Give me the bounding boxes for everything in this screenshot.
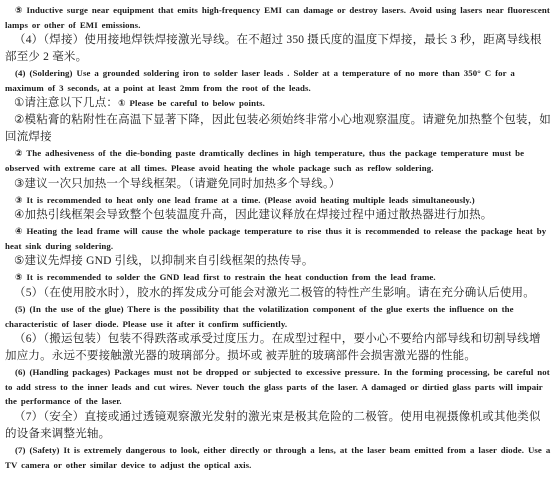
paragraph-11-zh: ⑤建议先焊接 GND 引线，以抑制来自引线框架的热传导。 (5, 253, 551, 270)
document-page: ⑤ Inductive surge near equipment that em… (0, 0, 557, 496)
paragraph-6-en: ② The adhesiveness of the die-bonding pa… (5, 146, 551, 175)
paragraph-10-en: ④ Heating the lead frame will cause the … (5, 224, 551, 253)
paragraph-13-zh: （5）（在使用胶水时），胶水的挥发成分可能会对激光二极管的特性产生影响。请在充分… (5, 285, 551, 302)
paragraph-5-zh: ②模粘膏的粘附性在高温下显著下降，因此包装必须始终非常小心地观察温度。请避免加热… (5, 112, 551, 146)
paragraph-16-en: (6) (Handling packages) Packages must no… (5, 365, 551, 409)
paragraph-9-zh: ④加热引线框架会导致整个包装温度升高，因此建议释放在焊接过程中通过散热器进行加热… (5, 207, 551, 224)
paragraph-2-zh: （4）（焊接）使用接地焊铁焊接激光导线。在不超过 350 摄氏度的温度下焊接，最… (5, 32, 551, 66)
paragraph-15-zh: （6）（搬运包装）包装不得跌落或承受过度压力。在成型过程中，要小心不要给内部导线… (5, 331, 551, 365)
paragraph-3-en: (4) (Soldering) Use a grounded soldering… (5, 66, 551, 95)
paragraph-17-zh: （7）（安全）直接或通过透镜观察激光发射的激光束是极其危险的二极管。使用电视摄像… (5, 409, 551, 443)
paragraph-7-zh: ③建议一次只加热一个导线框架。（请避免同时加热多个导线。） (5, 176, 551, 193)
paragraph-18-en: (7) (Safety) It is extremely dangerous t… (5, 443, 551, 472)
paragraph-1-en: ⑤ Inductive surge near equipment that em… (5, 3, 551, 32)
document-body: ⑤ Inductive surge near equipment that em… (5, 3, 551, 472)
paragraph-12-en: ⑤ It is recommended to solder the GND le… (5, 270, 551, 285)
paragraph-4-mixed: ①请注意以下几点：① Please be careful to below po… (5, 95, 551, 112)
paragraph-4-en-segment: ① Please be careful to below points. (118, 98, 265, 108)
paragraph-14-en: (5) (In the use of the glue) There is th… (5, 302, 551, 331)
paragraph-4-zh-segment: ①请注意以下几点： (14, 97, 118, 109)
paragraph-8-en: ③ It is recommended to heat only one lea… (5, 193, 551, 208)
